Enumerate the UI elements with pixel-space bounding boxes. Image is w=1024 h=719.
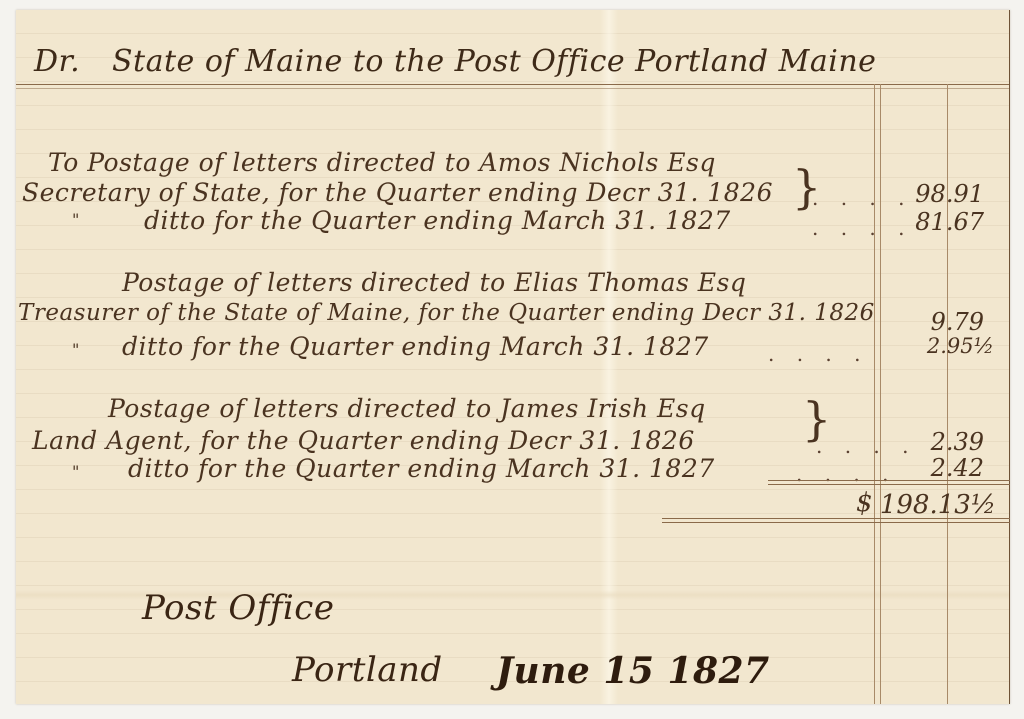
section-2-amount-1: 9.79 [864, 308, 984, 336]
section-3-amount-2: 2.42 [864, 454, 984, 482]
section-2-line-2: Treasurer of the State of Maine, for the… [18, 300, 875, 326]
section-2-line-1: Postage of letters directed to Elias Tho… [122, 268, 746, 297]
signature-date: June 15 1827 [496, 650, 770, 692]
header-rule-2 [16, 88, 1010, 89]
section-2-ditto-mark: " [72, 340, 80, 359]
section-2-amount-2: 2.95½ [874, 334, 994, 358]
section-2-leader-dots: . . . . [768, 342, 869, 366]
total-currency-mark: $ [856, 488, 873, 518]
section-3-line-3: ditto for the Quarter ending March 31. 1… [128, 454, 715, 483]
section-1-ditto-mark: " [72, 210, 80, 229]
subtotal-rule-2 [768, 484, 1010, 485]
header-rule [16, 84, 1010, 85]
section-1-amount-2: 81.67 [864, 208, 984, 236]
section-1-line-3: ditto for the Quarter ending March 31. 1… [144, 206, 731, 235]
section-1-line-1: To Postage of letters directed to Amos N… [48, 148, 716, 177]
dollar-column-line-left [874, 84, 875, 704]
signature-portland: Portland [292, 650, 443, 690]
document-page: Dr. State of Maine to the Post Office Po… [16, 10, 1010, 704]
right-margin-line [1009, 10, 1010, 704]
section-3-amount-1: 2.39 [864, 428, 984, 456]
section-3-line-2: Land Agent, for the Quarter ending Decr … [32, 426, 695, 455]
heading-title: State of Maine to the Post Office Portla… [112, 44, 876, 79]
total-rule [662, 518, 1010, 519]
section-3-line-1: Postage of letters directed to James Iri… [108, 394, 706, 423]
signature-post-office: Post Office [142, 588, 334, 628]
section-3-ditto-mark: " [72, 462, 80, 481]
section-1-line-2: Secretary of State, for the Quarter endi… [22, 178, 773, 207]
heading-prefix: Dr. [34, 44, 80, 79]
dollar-column-line-left-2 [880, 84, 881, 704]
section-2-line-3: ditto for the Quarter ending March 31. 1… [122, 332, 709, 361]
cents-column-line [947, 84, 948, 704]
total-amount: 198.13½ [876, 490, 996, 520]
subtotal-rule [768, 480, 1010, 481]
section-1-amount-1: 98.91 [864, 180, 984, 208]
total-rule-2 [662, 522, 1010, 523]
